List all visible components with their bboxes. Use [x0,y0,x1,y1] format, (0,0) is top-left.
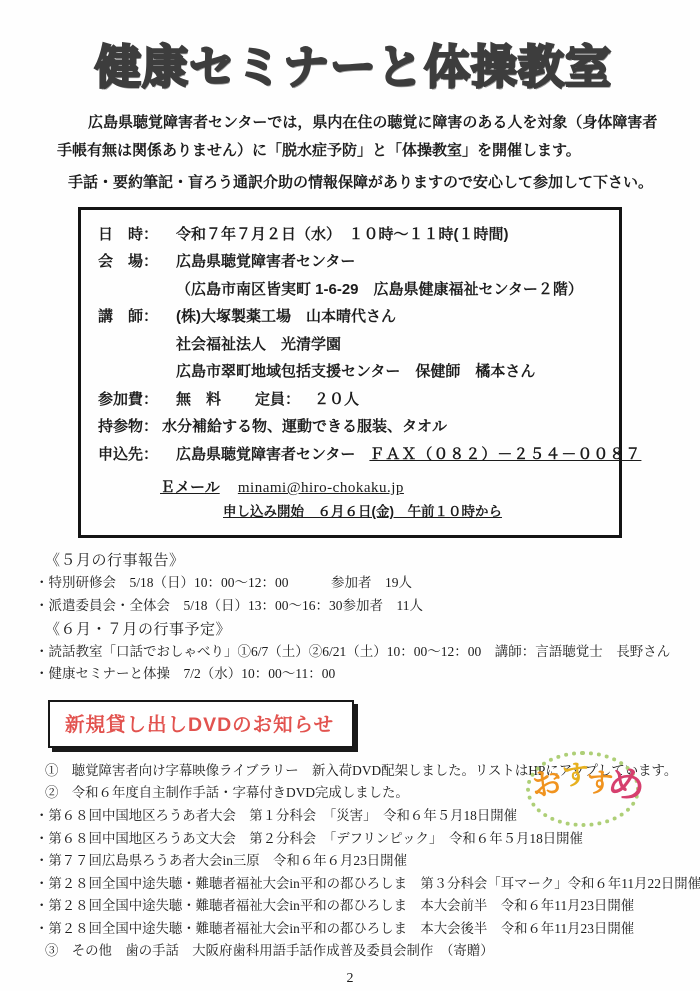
apply-start-row: 申し込み開始 ６月６日(金) 午前１０時から [98,501,609,523]
report-attendance: 参加者 19人 [331,572,412,594]
event-venue-row: 会 場： 広島県聴覚障害者センター [98,248,609,276]
apply-value: 広島県聴覚障害者センター [176,441,355,469]
email-label: Ｅメール [160,479,220,496]
venue-value: 広島県聴覚障害者センター [176,248,355,276]
lecturer-3: 広島市翠町地域包括支援センター 保健師 橘本さん [98,358,609,386]
stamp-letter: め [605,763,648,806]
page-title: 健康セミナーと体操教室 [95,42,700,93]
apply-start-text: 申し込み開始 ６月６日(金) 午前１０時から [223,504,502,519]
venue-label: 会 場： [98,248,162,276]
lecturer-label: 講 師： [98,303,162,331]
intro-line-2: 手帳有無は関係ありません）に「脱水症予防」と「体操教室」を開催します。 [57,137,660,165]
report-row: ・派遣委員会・全体会 5/18（日）13：00～16：30 参加者 11人 [35,595,700,617]
dvd-list-item: ・第２８回全国中途失聴・難聴者福祉大会in平和の都ひろしま 本大会後半 令和６年… [35,918,700,941]
intro-line-3: 手話・要約筆記・盲ろう通訳介助の情報保障がありますので安心して参加して下さい。 [57,169,660,197]
bring-label: 持参物： [98,413,162,441]
spacer [221,386,255,414]
lecturer-value: (株)大塚製薬工場 山本晴代さん [176,303,396,331]
fax-number: ＦＡＸ（０８２）－２５４－００８７ [369,441,641,469]
dvd-notice-title: 新規貸し出しDVDのお知らせ [65,709,334,737]
apply-label: 申込先： [98,441,162,469]
fee-value: 無 料 [176,386,221,414]
venue-address: （広島市南区皆実町 1-6-29 広島県健康福祉センター２階） [98,276,609,304]
dvd-list-item: ・第２８回全国中途失聴・難聴者福祉大会in平和の都ひろしま 本大会前半 令和６年… [35,895,700,918]
event-datetime-row: 日 時： 令和７年７月２日（水） １０時～１１時(１時間) [98,221,609,249]
stamp-letter: お [530,768,564,802]
report-event: ・特別研修会 5/18（日）10：00～12：00 [35,572,331,594]
event-bring-row: 持参物： 水分補給する物、運動できる服装、タオル [98,413,609,441]
intro-line-1: 広島県聴覚障害者センターでは，県内在住の聴覚に障害のある人を対象（身体障害者 [57,109,660,137]
dvd-list-item: ・第２８回全国中途失聴・難聴者福祉大会in平和の都ひろしま 第３分科会「耳マーク… [35,873,700,896]
schedule-row: ・健康セミナーと体操 7/2（水）10：00～11：00 [35,663,700,685]
capacity-label: 定員： [255,386,300,414]
dvd-list-item: ③ その他 歯の手話 大阪府歯科用語手話作成普及委員会制作 （寄贈） [45,940,700,963]
event-details-box: 日 時： 令和７年７月２日（水） １０時～１１時(１時間) 会 場： 広島県聴覚… [78,207,622,539]
datetime-label: 日 時： [98,221,162,249]
page-number: 2 [0,971,700,987]
dvd-list-item: ・第７７回広島県ろうあ者大会in三原 令和６年６月23日開催 [35,850,700,873]
dvd-notice-box: 新規貸し出しDVDのお知らせ [48,700,354,748]
report-row: ・特別研修会 5/18（日）10：00～12：00 参加者 19人 [35,572,700,594]
capacity-value: ２０人 [314,386,359,414]
datetime-value: 令和７年７月２日（水） １０時～１１時(１時間) [176,221,509,249]
intro-paragraphs: 広島県聴覚障害者センターでは，県内在住の聴覚に障害のある人を対象（身体障害者 手… [57,109,660,197]
email-address: minami@hiro-chokaku.jp [238,480,404,496]
bring-value: 水分補給する物、運動できる服装、タオル [162,413,447,441]
may-report-heading: 《５月の行事報告》 [45,550,700,572]
fee-label: 参加費： [98,386,162,414]
lecturer-2: 社会福祉法人 光清学園 [98,331,609,359]
event-apply-row: 申込先： 広島県聴覚障害者センター ＦＡＸ（０８２）－２５４－００８７ [98,441,609,469]
schedule-heading: 《６月・７月の行事予定》 [45,619,700,641]
report-event: ・派遣委員会・全体会 5/18（日）13：00～16：30 [35,595,343,617]
report-attendance: 参加者 11人 [343,595,424,617]
document-page: 健康セミナーと体操教室 広島県聴覚障害者センターでは，県内在住の聴覚に障害のある… [0,0,700,987]
schedule-row: ・読話教室「口話でおしゃべり」①6/7（土）②6/21（土）10：00～12：0… [35,641,700,663]
osusume-stamp: お す す め [524,748,646,832]
event-lecturer-row: 講 師： (株)大塚製薬工場 山本晴代さん [98,303,609,331]
email-row: Ｅメール minami@hiro-chokaku.jp [98,475,609,501]
event-fee-row: 参加費： 無 料 定員： ２０人 [98,386,609,414]
